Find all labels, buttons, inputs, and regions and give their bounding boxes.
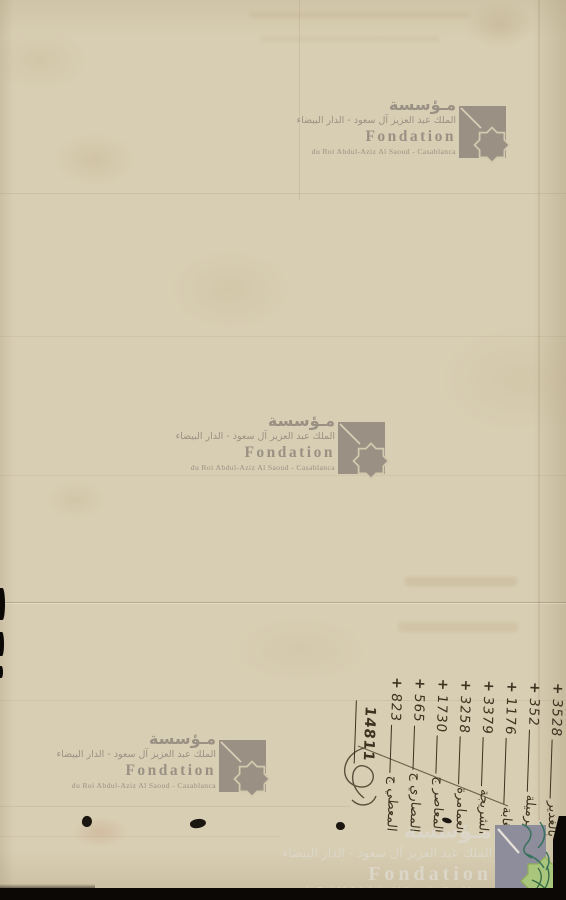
- scan-edge-notch: [0, 666, 3, 678]
- foundation-logo-box: [338, 422, 394, 480]
- watermark-arabic-title: مـؤسسة: [48, 730, 216, 748]
- watermark-text-block: مـؤسسة الملك عبد العزيز آل سعود - الدار …: [272, 820, 492, 898]
- watermark-latin-subtitle: du Roi Abdul-Aziz Al Saoud - Casablanca: [48, 781, 216, 790]
- watermark-text-block: مـؤسسة الملك عبد العزيز آل سعود - الدار …: [167, 412, 335, 472]
- fold-line: [0, 836, 280, 837]
- eight-pointed-star-icon: [235, 762, 270, 797]
- foundation-logo-box: [219, 740, 275, 798]
- bleed-through-text: [398, 622, 518, 632]
- watermark-latin-subtitle: du Roi Abdul-Aziz Al Saoud - Casablanca: [167, 463, 335, 472]
- eight-pointed-star-icon: [354, 444, 389, 479]
- fold-line: [0, 806, 350, 807]
- scan-edge-notch: [0, 632, 4, 656]
- watermark-arabic-subtitle: الملك عبد العزيز آل سعود - الدار البيضاء: [288, 115, 456, 127]
- archive-ink-annotation: [512, 818, 558, 878]
- foundation-watermark-top: مـؤسسة الملك عبد العزيز آل سعود - الدار …: [288, 96, 515, 164]
- scan-edge-notch: [0, 588, 5, 620]
- foundation-watermark-middle: مـؤسسة الملك عبد العزيز آل سعود - الدار …: [167, 412, 394, 480]
- watermark-latin-title: Fondation: [167, 444, 335, 461]
- watermark-arabic-title: مـؤسسة: [272, 820, 492, 843]
- bleed-through-text: [405, 577, 517, 586]
- watermark-arabic-title: مـؤسسة: [288, 96, 456, 114]
- sum-line: [358, 746, 508, 806]
- watermark-latin-subtitle: du Roi Abdul-Aziz Al Saoud - Casablanca: [288, 147, 456, 156]
- foundation-watermark-bottom-left: مـؤسسة الملك عبد العزيز آل سعود - الدار …: [48, 730, 275, 798]
- flourish-stroke: [345, 748, 376, 805]
- fold-line: [0, 336, 566, 337]
- scan-edge-bottom: [0, 888, 566, 900]
- watermark-arabic-subtitle: الملك عبد العزيز آل سعود - الدار البيضاء: [272, 845, 492, 861]
- foundation-logo-box: [459, 106, 515, 164]
- fold-line: [0, 193, 566, 194]
- watermark-text-block: مـؤسسة الملك عبد العزيز آل سعود - الدار …: [48, 730, 216, 790]
- watermark-latin-title: Fondation: [272, 863, 492, 885]
- watermark-arabic-subtitle: الملك عبد العزيز آل سعود - الدار البيضاء: [167, 431, 335, 443]
- bleed-through-text: [250, 12, 470, 18]
- bleed-through-text: [260, 36, 440, 42]
- watermark-arabic-title: مـؤسسة: [167, 412, 335, 430]
- teal-ink-stroke: [522, 822, 549, 870]
- watermark-latin-title: Fondation: [288, 128, 456, 145]
- watermark-text-block: مـؤسسة الملك عبد العزيز آل سعود - الدار …: [288, 96, 456, 156]
- fold-line: [0, 602, 566, 603]
- watermark-latin-title: Fondation: [48, 762, 216, 779]
- eight-pointed-star-icon: [475, 128, 510, 163]
- foundation-watermark-footer: مـؤسسة الملك عبد العزيز آل سعود - الدار …: [272, 820, 549, 898]
- watermark-arabic-subtitle: الملك عبد العزيز آل سعود - الدار البيضاء: [48, 749, 216, 761]
- ink-speck: [336, 822, 345, 830]
- scanned-document-page: { "colors": { "paper": "#d8ceb3", "stamp…: [0, 0, 566, 900]
